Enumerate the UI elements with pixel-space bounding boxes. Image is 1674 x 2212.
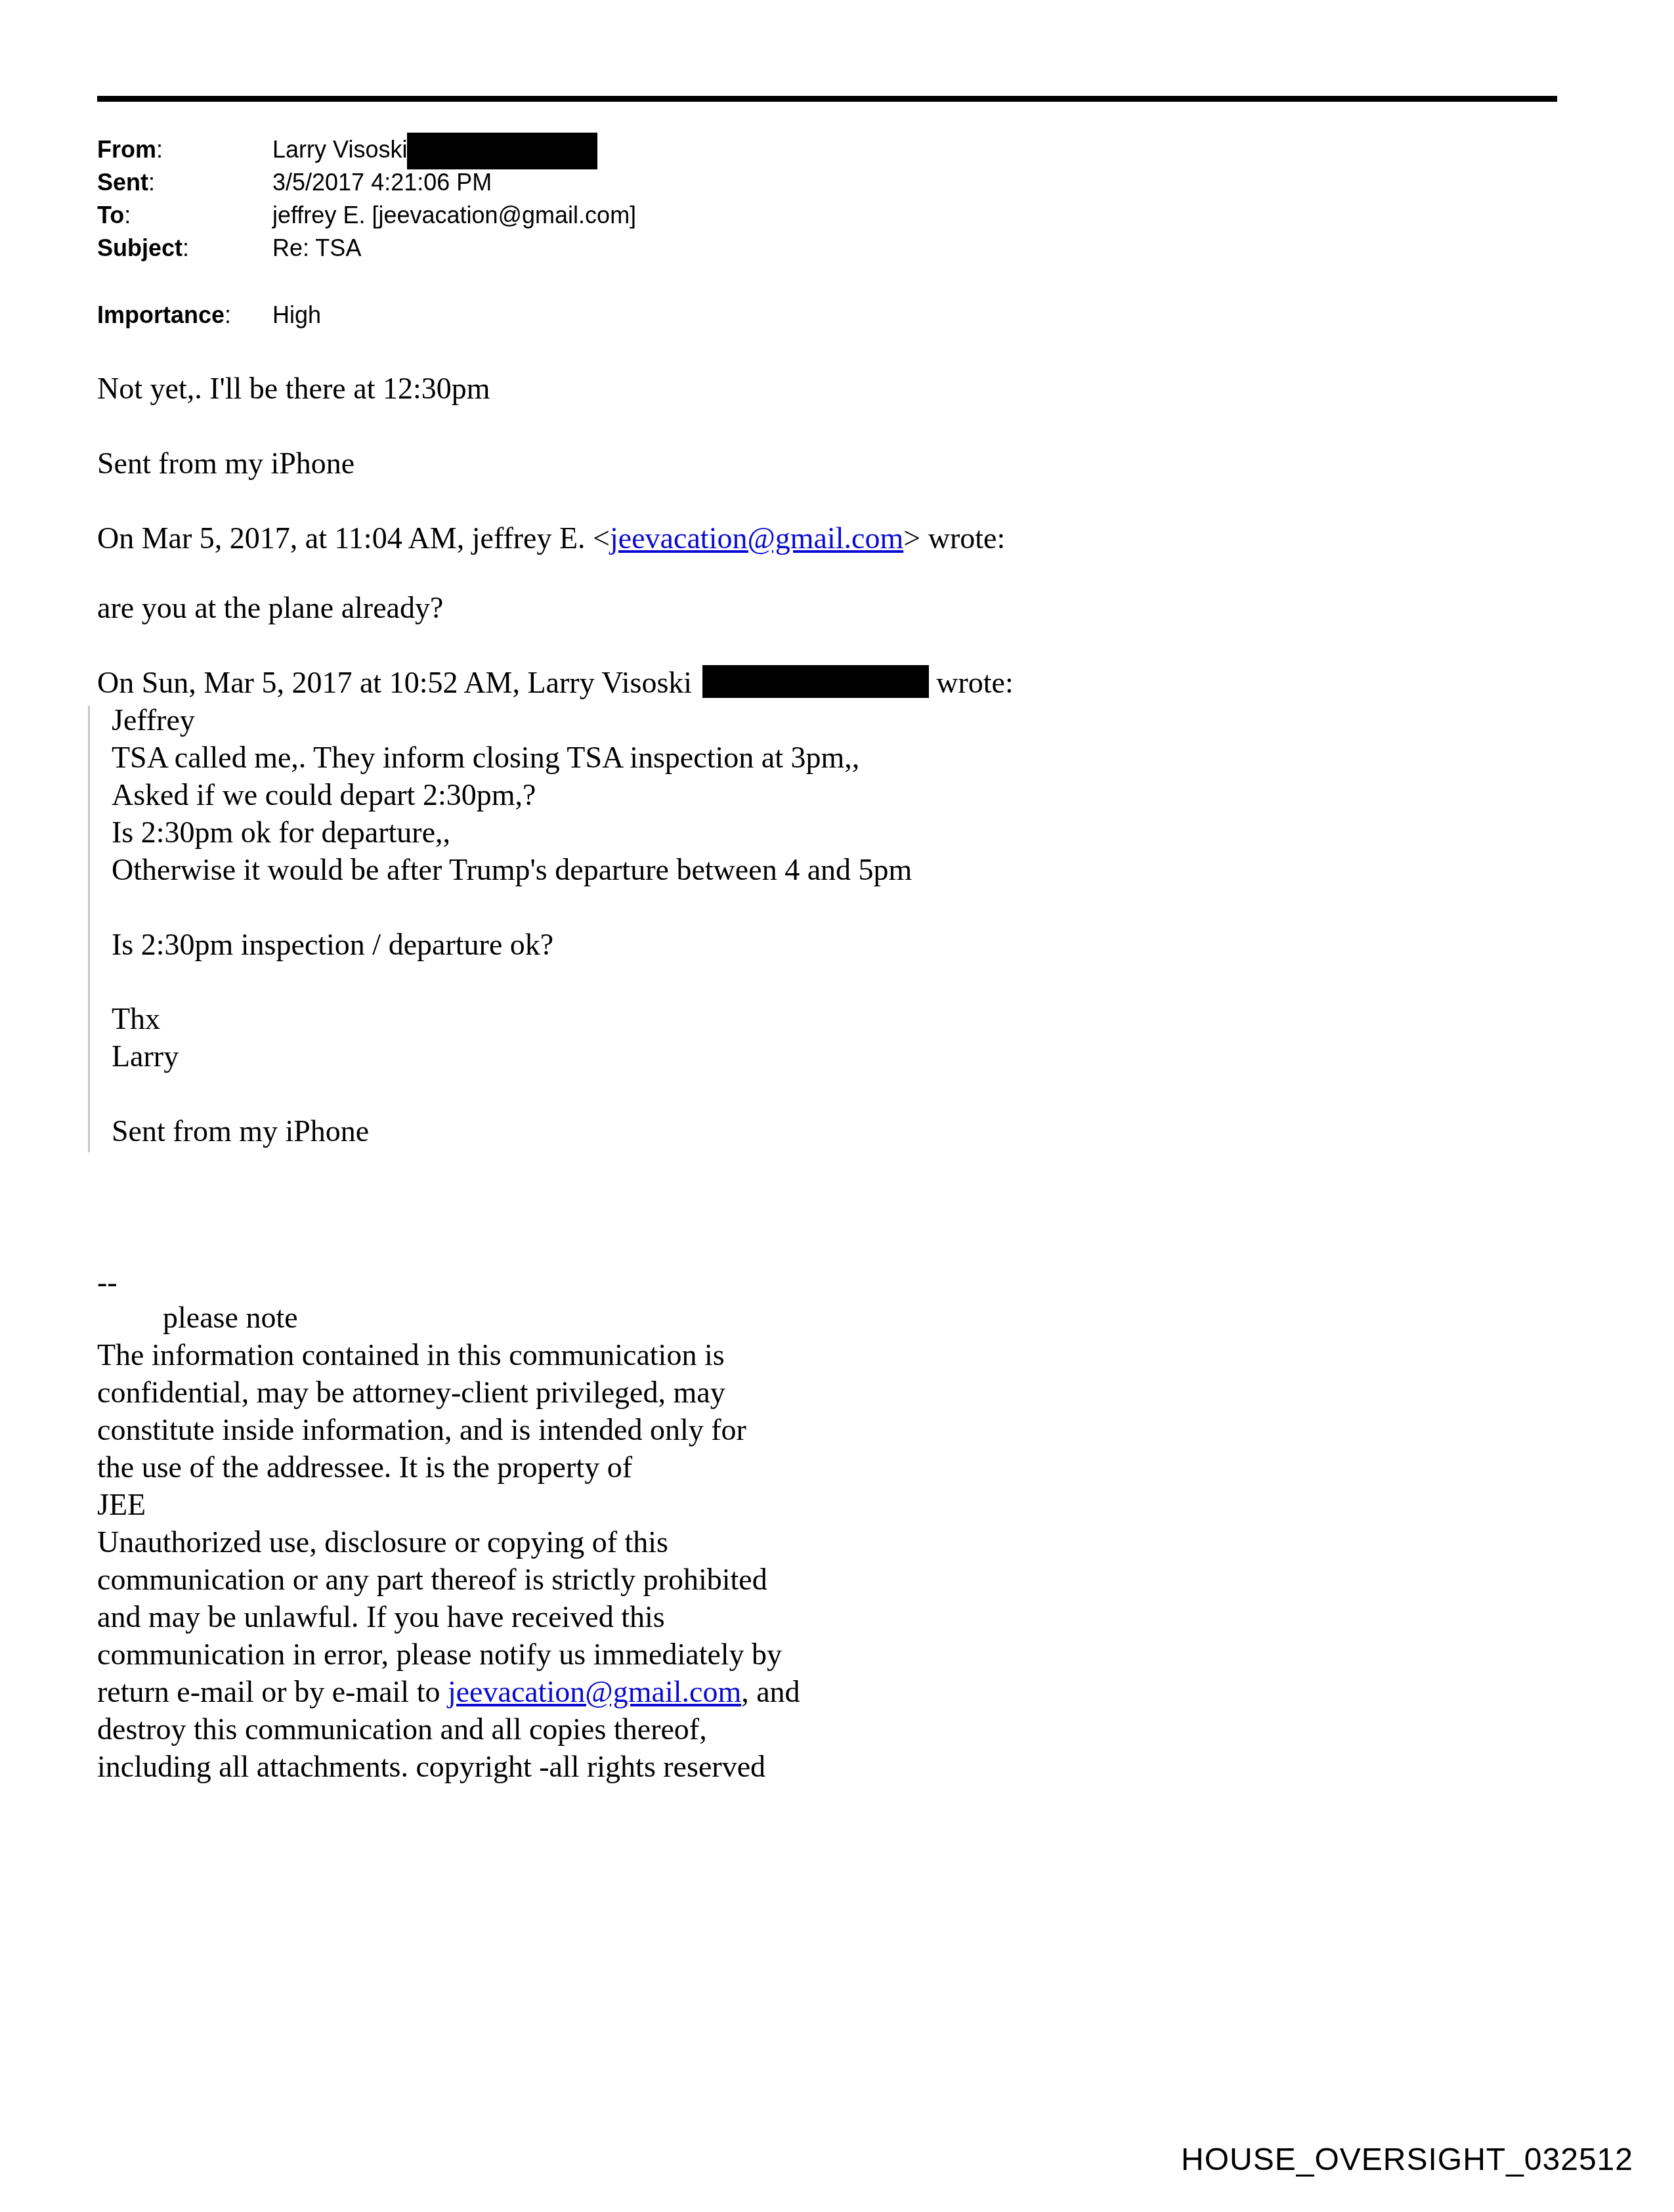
quote1-email-link[interactable]: jeevacation@gmail.com (610, 521, 903, 555)
redaction-block (702, 665, 929, 698)
quote1-intro-prefix: On Mar 5, 2017, at 11:04 AM, jeffrey E. … (97, 521, 610, 555)
quote2-line: Asked if we could depart 2:30pm,? (112, 777, 536, 813)
disclaimer-email-prefix: return e-mail or by e-mail to (97, 1675, 448, 1708)
disclaimer-line: The information contained in this commun… (97, 1337, 725, 1373)
disclaimer-line: communication or any part thereof is str… (97, 1562, 767, 1597)
to-row: To:jeffrey E. [jeevacation@gmail.com] (97, 201, 636, 230)
importance-label: Importance: (97, 301, 272, 330)
quote2-intro-prefix: On Sun, Mar 5, 2017 at 10:52 AM, Larry V… (97, 666, 692, 699)
subject-row: Subject:Re: TSA (97, 234, 361, 263)
disclaimer-line: and may be unlawful. If you have receive… (97, 1599, 665, 1635)
quote2-line: Is 2:30pm inspection / departure ok? (112, 927, 553, 963)
bates-number: HOUSE_OVERSIGHT_032512 (1181, 2142, 1633, 2178)
disclaimer-email-link[interactable]: jeevacation@gmail.com (448, 1675, 741, 1708)
disclaimer-line: JEE (97, 1487, 146, 1523)
from-label: From: (97, 135, 272, 164)
disclaimer-line: communication in error, please notify us… (97, 1637, 782, 1672)
sent-value: 3/5/2017 4:21:06 PM (272, 168, 492, 197)
sent-label: Sent: (97, 168, 272, 197)
reply-signature: Sent from my iPhone (97, 446, 354, 481)
quote2-line: Is 2:30pm ok for departure,, (112, 815, 450, 850)
sent-row: Sent:3/5/2017 4:21:06 PM (97, 168, 492, 197)
importance-value: High (272, 301, 321, 330)
disclaimer-heading: please note (163, 1300, 298, 1335)
quote2-line: Jeffrey (112, 703, 195, 738)
to-value: jeffrey E. [jeevacation@gmail.com] (272, 201, 636, 230)
to-label: To: (97, 201, 272, 230)
from-value: Larry Visoski (272, 135, 407, 164)
quote2-intro: On Sun, Mar 5, 2017 at 10:52 AM, Larry V… (97, 665, 1014, 701)
disclaimer-line: the use of the addressee. It is the prop… (97, 1450, 632, 1485)
quote1-intro: On Mar 5, 2017, at 11:04 AM, jeffrey E. … (97, 521, 1005, 556)
subject-label: Subject: (97, 234, 272, 263)
quote1-text: are you at the plane already? (97, 590, 443, 626)
disclaimer-line: constitute inside information, and is in… (97, 1412, 746, 1448)
disclaimer-email-line: return e-mail or by e-mail to jeevacatio… (97, 1674, 800, 1710)
quote-bar (88, 706, 90, 1152)
reply-text: Not yet,. I'll be there at 12:30pm (97, 371, 490, 406)
importance-row: Importance:High (97, 301, 321, 330)
quote2-line: Sent from my iPhone (112, 1114, 369, 1149)
quote2-line: Larry (112, 1039, 179, 1074)
subject-value: Re: TSA (272, 234, 361, 263)
signature-separator: -- (97, 1265, 118, 1300)
disclaimer-line: Unauthorized use, disclosure or copying … (97, 1525, 668, 1560)
header-rule (97, 96, 1557, 102)
disclaimer-email-suffix: , and (741, 1675, 800, 1708)
quote1-intro-suffix: > wrote: (903, 521, 1005, 555)
disclaimer-line: confidential, may be attorney-client pri… (97, 1375, 725, 1410)
redaction-block (407, 133, 597, 169)
from-row: From:Larry Visoski (97, 135, 597, 169)
disclaimer-line: including all attachments. copyright -al… (97, 1749, 765, 1785)
quote2-intro-suffix: wrote: (936, 666, 1014, 699)
quote2-line: TSA called me,. They inform closing TSA … (112, 740, 859, 775)
quote2-line: Otherwise it would be after Trump's depa… (112, 852, 912, 888)
quote2-line: Thx (112, 1001, 160, 1037)
disclaimer-line: destroy this communication and all copie… (97, 1712, 707, 1747)
